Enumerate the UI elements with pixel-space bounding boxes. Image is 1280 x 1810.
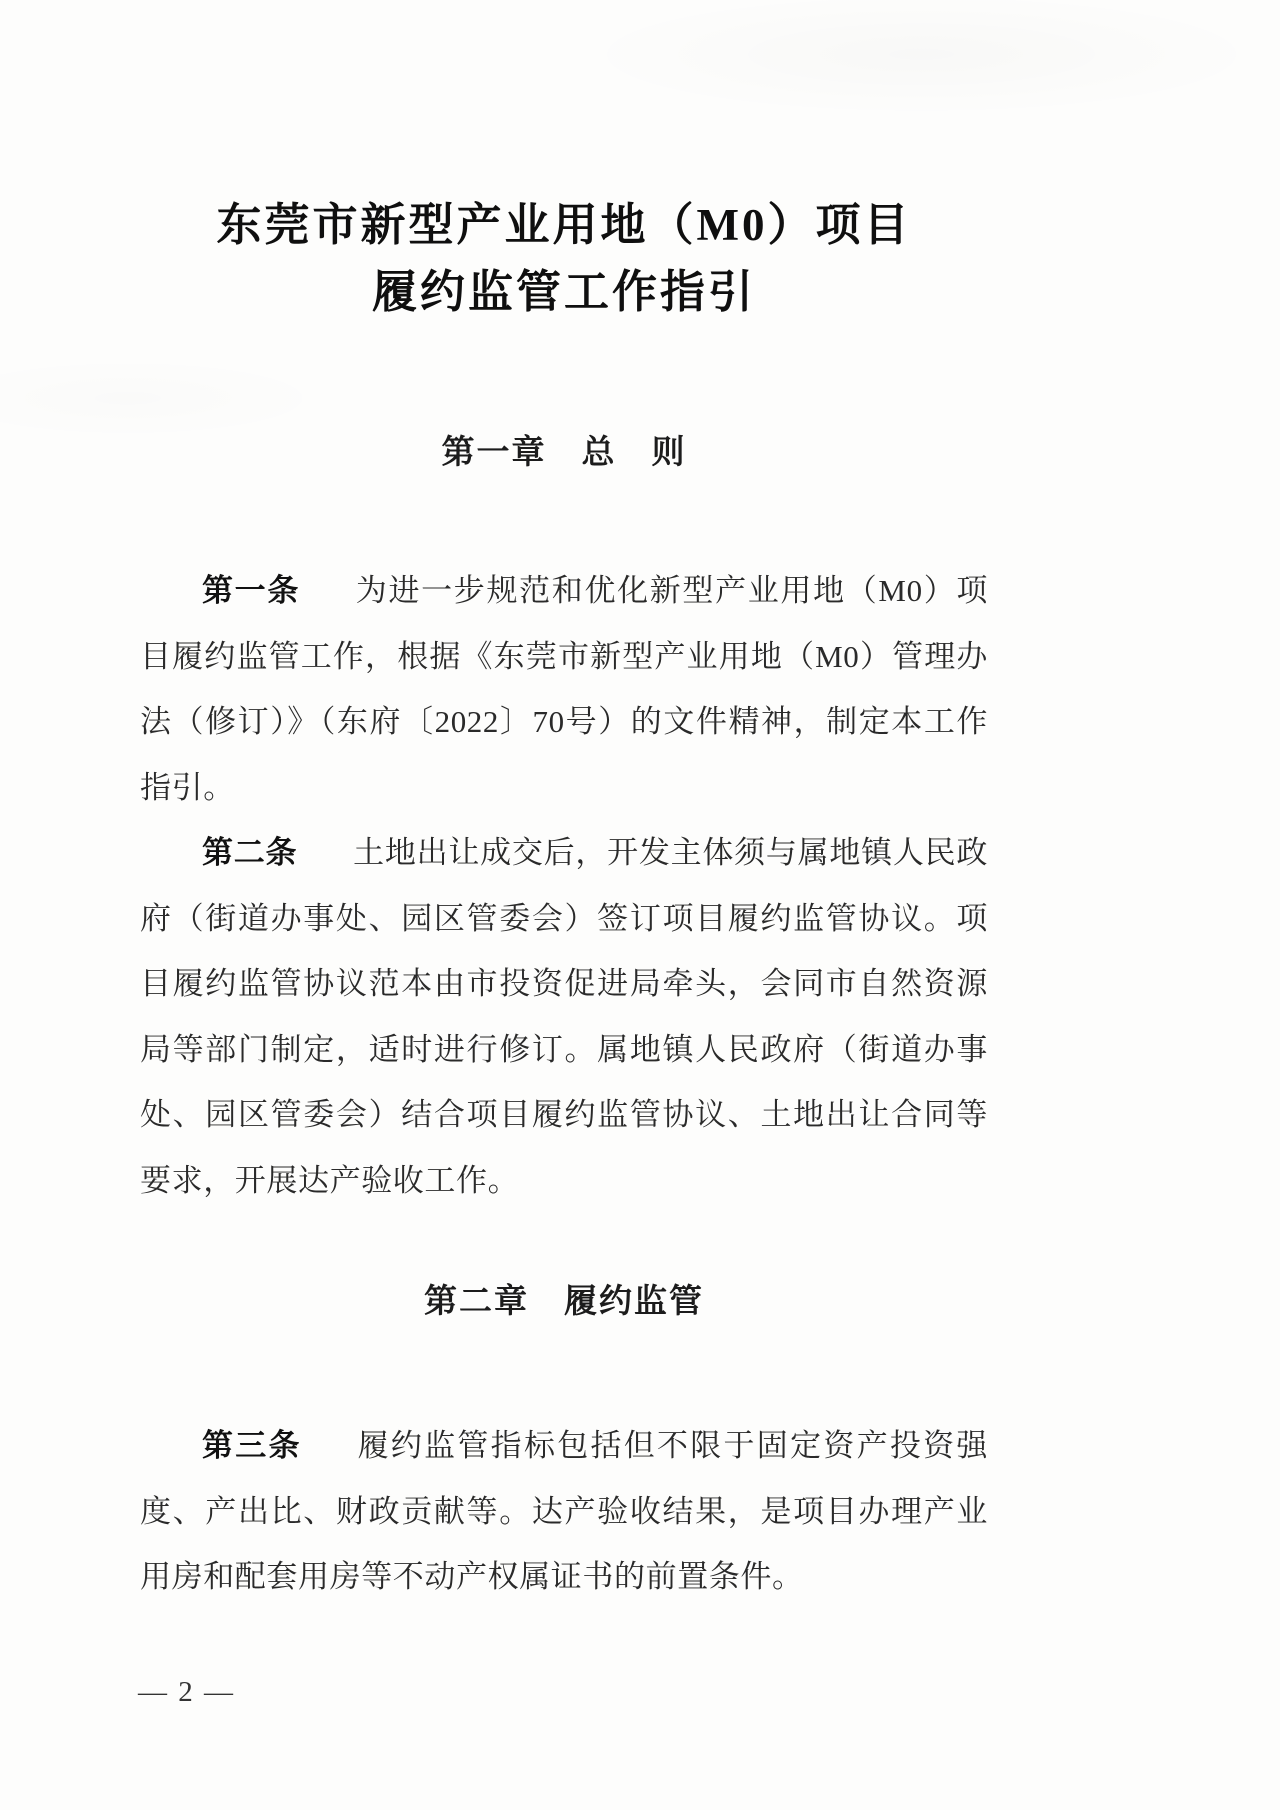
article-1-label: 第一条 xyxy=(202,573,300,608)
document-title: 东莞市新型产业用地（M0）项目 履约监管工作指引 xyxy=(140,192,988,326)
document-title-line-1: 东莞市新型产业用地（M0）项目 xyxy=(140,192,988,259)
article-2-text: 土地出让成交后，开发主体须与属地镇人民政府（街道办事处、园区管委会）签订项目履约… xyxy=(140,835,988,1198)
scanned-document-page: 东莞市新型产业用地（M0）项目 履约监管工作指引 第一章 总 则 第一条为进一步… xyxy=(0,0,1280,1810)
chapter-2-heading: 第二章 履约监管 xyxy=(140,1279,988,1323)
article-3-label: 第三条 xyxy=(202,1428,302,1463)
document-title-line-2: 履约监管工作指引 xyxy=(140,259,988,326)
article-3-paragraph: 第三条履约监管指标包括但不限于固定资产投资强度、产出比、财政贡献等。达产验收结果… xyxy=(140,1413,988,1610)
document-content: 东莞市新型产业用地（M0）项目 履约监管工作指引 第一章 总 则 第一条为进一步… xyxy=(140,0,988,1610)
article-2-paragraph: 第二条土地出让成交后，开发主体须与属地镇人民政府（街道办事处、园区管委会）签订项… xyxy=(140,820,988,1213)
chapter-1-heading: 第一章 总 则 xyxy=(140,430,988,474)
chapter-1-articles: 第一条为进一步规范和优化新型产业用地（M0）项目履约监管工作，根据《东莞市新型产… xyxy=(140,558,988,1213)
article-1-paragraph: 第一条为进一步规范和优化新型产业用地（M0）项目履约监管工作，根据《东莞市新型产… xyxy=(140,558,988,820)
article-2-label: 第二条 xyxy=(202,835,297,870)
page-number: — 2 — xyxy=(138,1676,1280,1709)
chapter-2-articles: 第三条履约监管指标包括但不限于固定资产投资强度、产出比、财政贡献等。达产验收结果… xyxy=(140,1413,988,1610)
